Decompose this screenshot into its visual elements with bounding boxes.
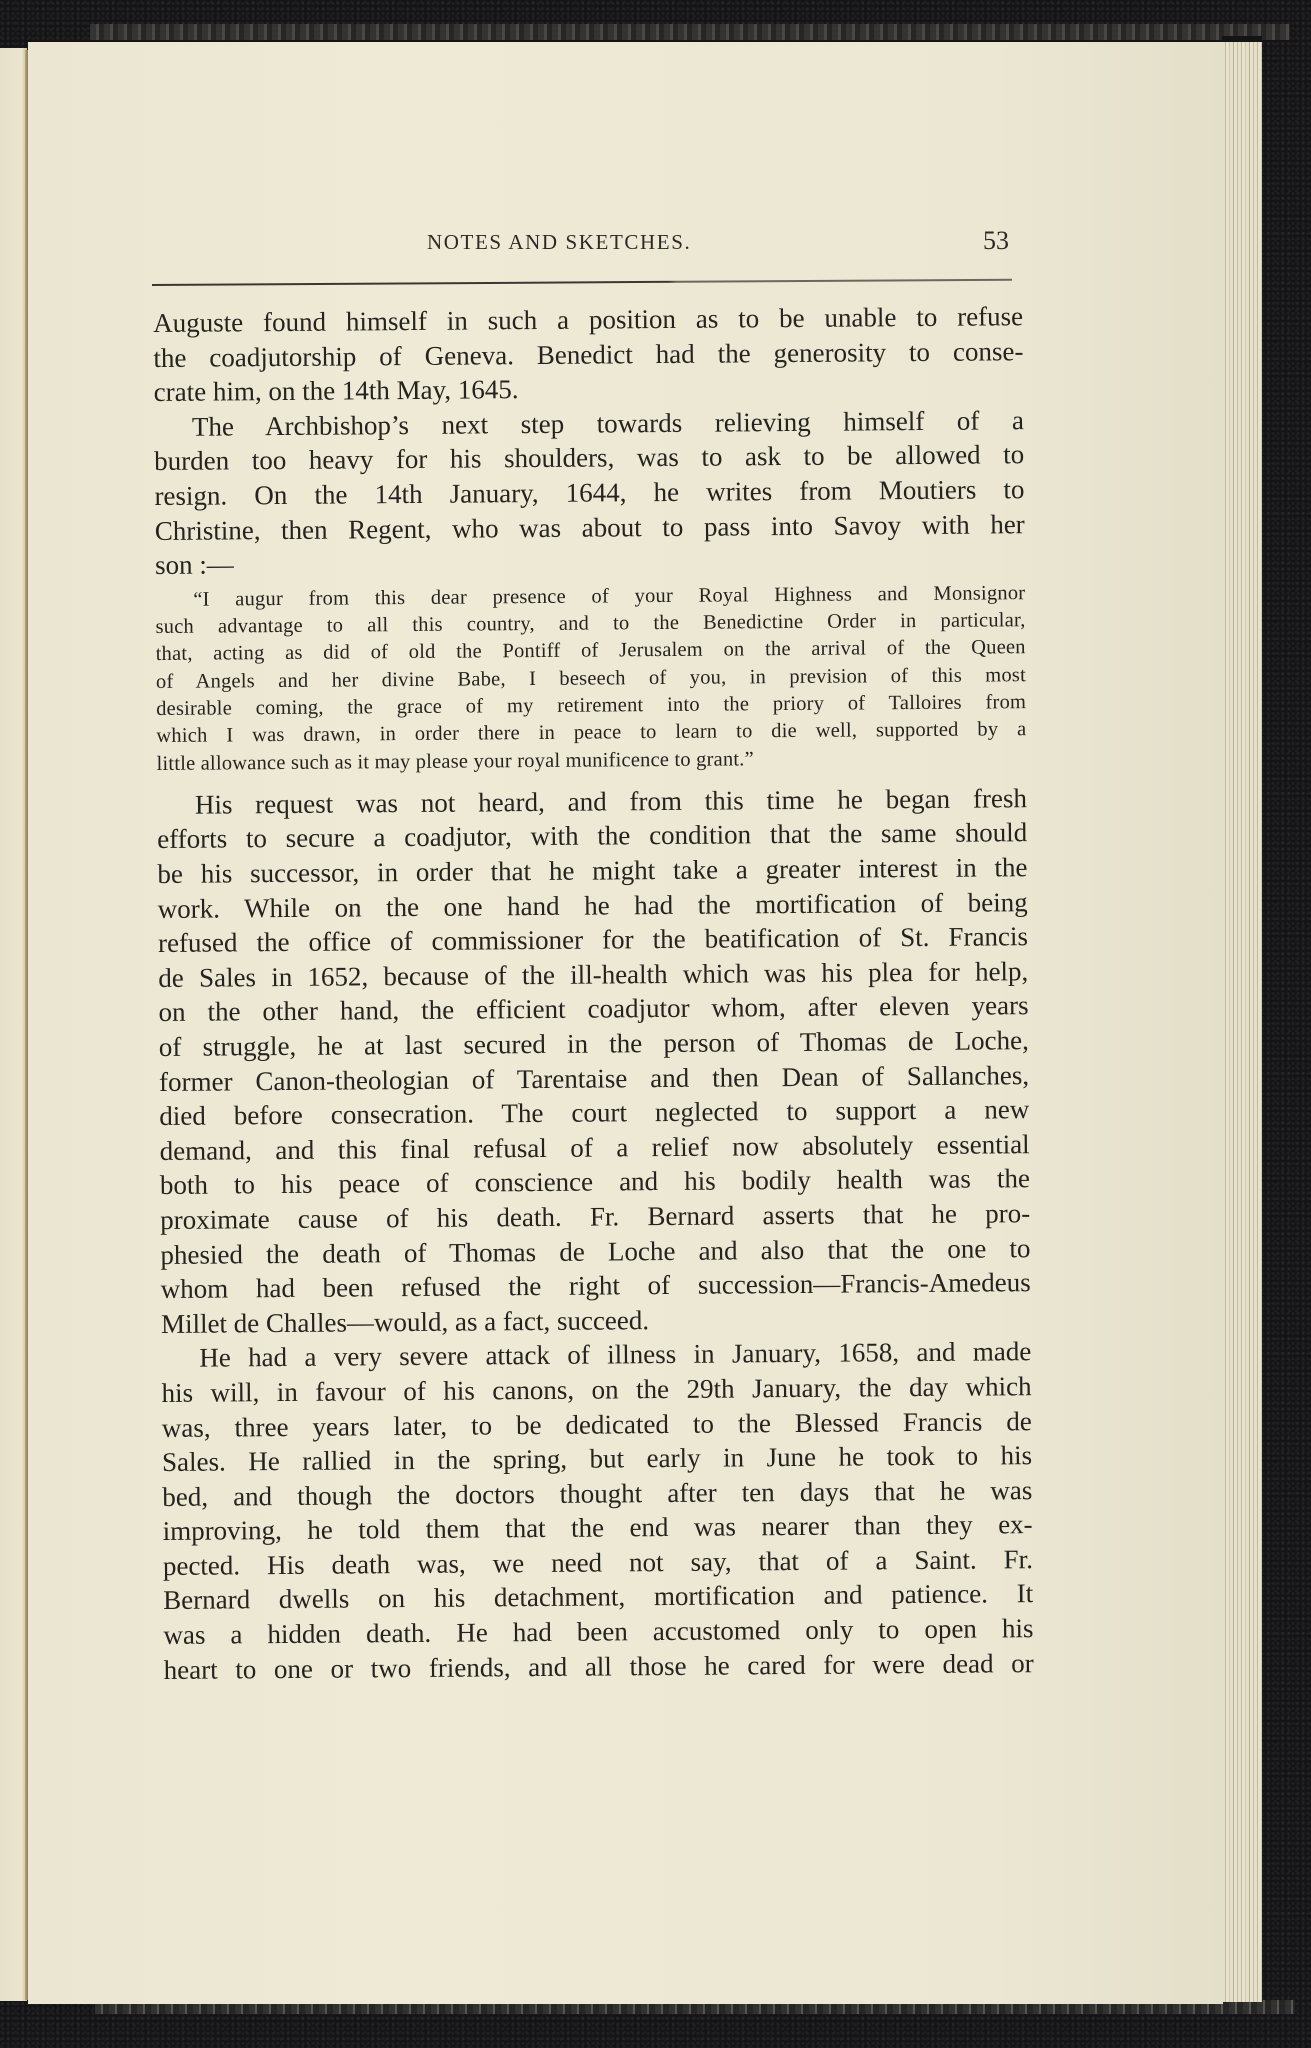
page-fore-edge — [1222, 42, 1262, 2002]
paragraph-2: The Archbishop’s next step towards relie… — [154, 403, 1025, 583]
text-line: whom had been refused the right of succe… — [161, 1265, 1031, 1306]
block-quote: “I augur from this dear presence of your… — [155, 580, 1026, 778]
text-line: heart to one or two friends, and all tho… — [164, 1646, 1034, 1687]
text-line: Christine, then Regent, who was about to… — [155, 507, 1025, 548]
running-head: NOTES AND SKETCHES. 53 — [173, 226, 1016, 266]
paragraph-1: Auguste found himself in such a position… — [153, 299, 1024, 410]
paragraph-4: He had a very severe attack of illness i… — [161, 1334, 1034, 1687]
gutter-fold — [25, 50, 28, 2000]
previous-page-edge — [0, 48, 27, 2001]
paragraph-3: His request was not heard, and from this… — [157, 781, 1031, 1341]
page-body: Auguste found himself in such a position… — [153, 299, 1034, 1687]
text-line: son :— — [155, 541, 1025, 582]
text-line: the coadjutorship of Geneva. Benedict ha… — [153, 334, 1023, 375]
cover-edge-top — [90, 24, 1290, 40]
running-head-title: NOTES AND SKETCHES. — [427, 230, 691, 255]
page-number: 53 — [983, 226, 1009, 256]
